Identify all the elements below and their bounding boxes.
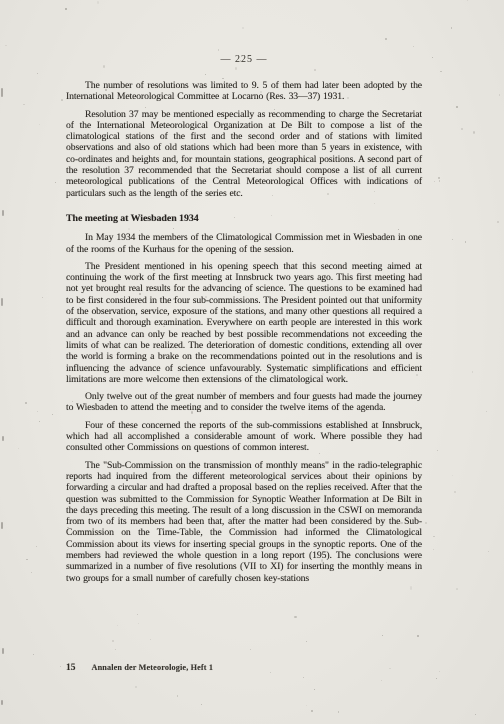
footer-signature-number: 15 bbox=[66, 663, 76, 673]
scan-edge-mark bbox=[1, 298, 3, 306]
scan-speck bbox=[439, 671, 440, 672]
scan-speck bbox=[467, 0, 468, 1]
scan-speck bbox=[452, 475, 453, 476]
scan-speck bbox=[65, 8, 67, 9]
scan-speck bbox=[436, 678, 437, 679]
scan-speck bbox=[201, 704, 202, 705]
scan-edge-mark bbox=[1, 522, 3, 529]
scan-speck bbox=[37, 73, 38, 74]
scan-speck bbox=[138, 623, 139, 625]
scan-speck bbox=[454, 491, 456, 493]
scan-speck bbox=[42, 297, 43, 298]
scan-edge-mark bbox=[2, 436, 4, 441]
scan-speck bbox=[39, 124, 40, 125]
paragraph: The number of resolutions was limited to… bbox=[66, 80, 422, 103]
scan-edge-mark bbox=[1, 700, 3, 705]
scan-speck bbox=[135, 686, 137, 689]
scan-speck bbox=[488, 551, 489, 552]
scan-speck bbox=[52, 414, 53, 415]
scan-speck bbox=[31, 572, 32, 573]
scan-edge-mark bbox=[1, 88, 3, 97]
scan-speck bbox=[434, 181, 435, 182]
scan-speck bbox=[452, 239, 453, 240]
scan-speck bbox=[37, 411, 38, 412]
scan-speck bbox=[18, 448, 19, 449]
scan-speck bbox=[486, 411, 487, 412]
scan-speck bbox=[438, 177, 440, 179]
scan-speck bbox=[475, 714, 476, 715]
scan-edge-mark bbox=[2, 648, 4, 654]
scan-speck bbox=[461, 128, 463, 130]
scan-speck bbox=[25, 402, 27, 404]
scan-speck bbox=[314, 689, 315, 690]
scan-speck bbox=[242, 27, 244, 29]
scan-speck bbox=[137, 614, 138, 616]
scan-speck bbox=[250, 649, 251, 650]
scan-speck bbox=[456, 588, 458, 590]
scan-speck bbox=[23, 104, 25, 105]
scan-speck bbox=[97, 1, 99, 4]
scan-speck bbox=[177, 695, 178, 697]
text-block: — 225 — The number of resolutions was li… bbox=[66, 54, 422, 590]
scan-speck bbox=[218, 49, 219, 51]
footer-journal-title: Annalen der Meteorologie, Heft 1 bbox=[92, 663, 214, 672]
scan-speck bbox=[303, 677, 304, 678]
scanned-document-page: { "page": { "page_number": "— 225 —", "p… bbox=[0, 0, 504, 724]
scan-speck bbox=[60, 666, 61, 667]
scan-speck bbox=[456, 106, 458, 108]
paragraph: In May 1934 the members of the Climatolo… bbox=[66, 232, 422, 255]
scan-speck bbox=[306, 641, 307, 642]
paragraph: The President mentioned in his opening s… bbox=[66, 261, 422, 385]
scan-speck bbox=[472, 371, 474, 374]
scan-speck bbox=[55, 182, 56, 183]
page-number: — 225 — bbox=[66, 54, 422, 65]
scan-speck bbox=[294, 616, 296, 618]
paragraph: Resolution 37 may be mentioned especiall… bbox=[66, 109, 422, 199]
scan-edge-mark bbox=[2, 210, 4, 216]
scan-speck bbox=[36, 546, 37, 547]
scan-speck bbox=[465, 241, 467, 243]
scan-speck bbox=[61, 99, 63, 101]
scan-speck bbox=[473, 131, 475, 134]
scan-speck bbox=[115, 649, 116, 650]
scan-speck bbox=[425, 522, 427, 524]
scan-speck bbox=[5, 45, 6, 46]
scan-speck bbox=[33, 654, 34, 655]
page-footer: 15Annalen der Meteorologie, Heft 1 bbox=[66, 657, 422, 675]
scan-speck bbox=[499, 94, 501, 96]
scan-speck bbox=[117, 625, 118, 626]
paragraph: Four of these concerned the reports of t… bbox=[66, 420, 422, 454]
scan-speck bbox=[497, 221, 499, 224]
scan-speck bbox=[413, 46, 414, 47]
paragraph: The "Sub-Commission on the transmission … bbox=[66, 460, 422, 584]
scan-speck bbox=[311, 710, 313, 712]
scan-speck bbox=[437, 450, 438, 451]
scan-speck bbox=[382, 635, 383, 636]
scan-speck bbox=[451, 27, 452, 28]
scan-speck bbox=[385, 38, 387, 41]
scan-speck bbox=[39, 421, 40, 422]
scan-speck bbox=[417, 635, 419, 637]
scan-speck bbox=[338, 711, 339, 713]
scan-speck bbox=[433, 536, 435, 537]
scan-speck bbox=[150, 639, 151, 640]
section-heading: The meeting at Wiesbaden 1934 bbox=[66, 213, 422, 224]
scan-speck bbox=[439, 180, 440, 182]
scan-speck bbox=[306, 705, 307, 706]
scan-speck bbox=[26, 559, 27, 560]
scan-speck bbox=[381, 680, 382, 681]
scan-speck bbox=[112, 640, 114, 642]
scan-speck bbox=[432, 57, 433, 58]
scan-speck bbox=[440, 71, 441, 72]
paragraph: Only twelve out of the great number of m… bbox=[66, 391, 422, 414]
